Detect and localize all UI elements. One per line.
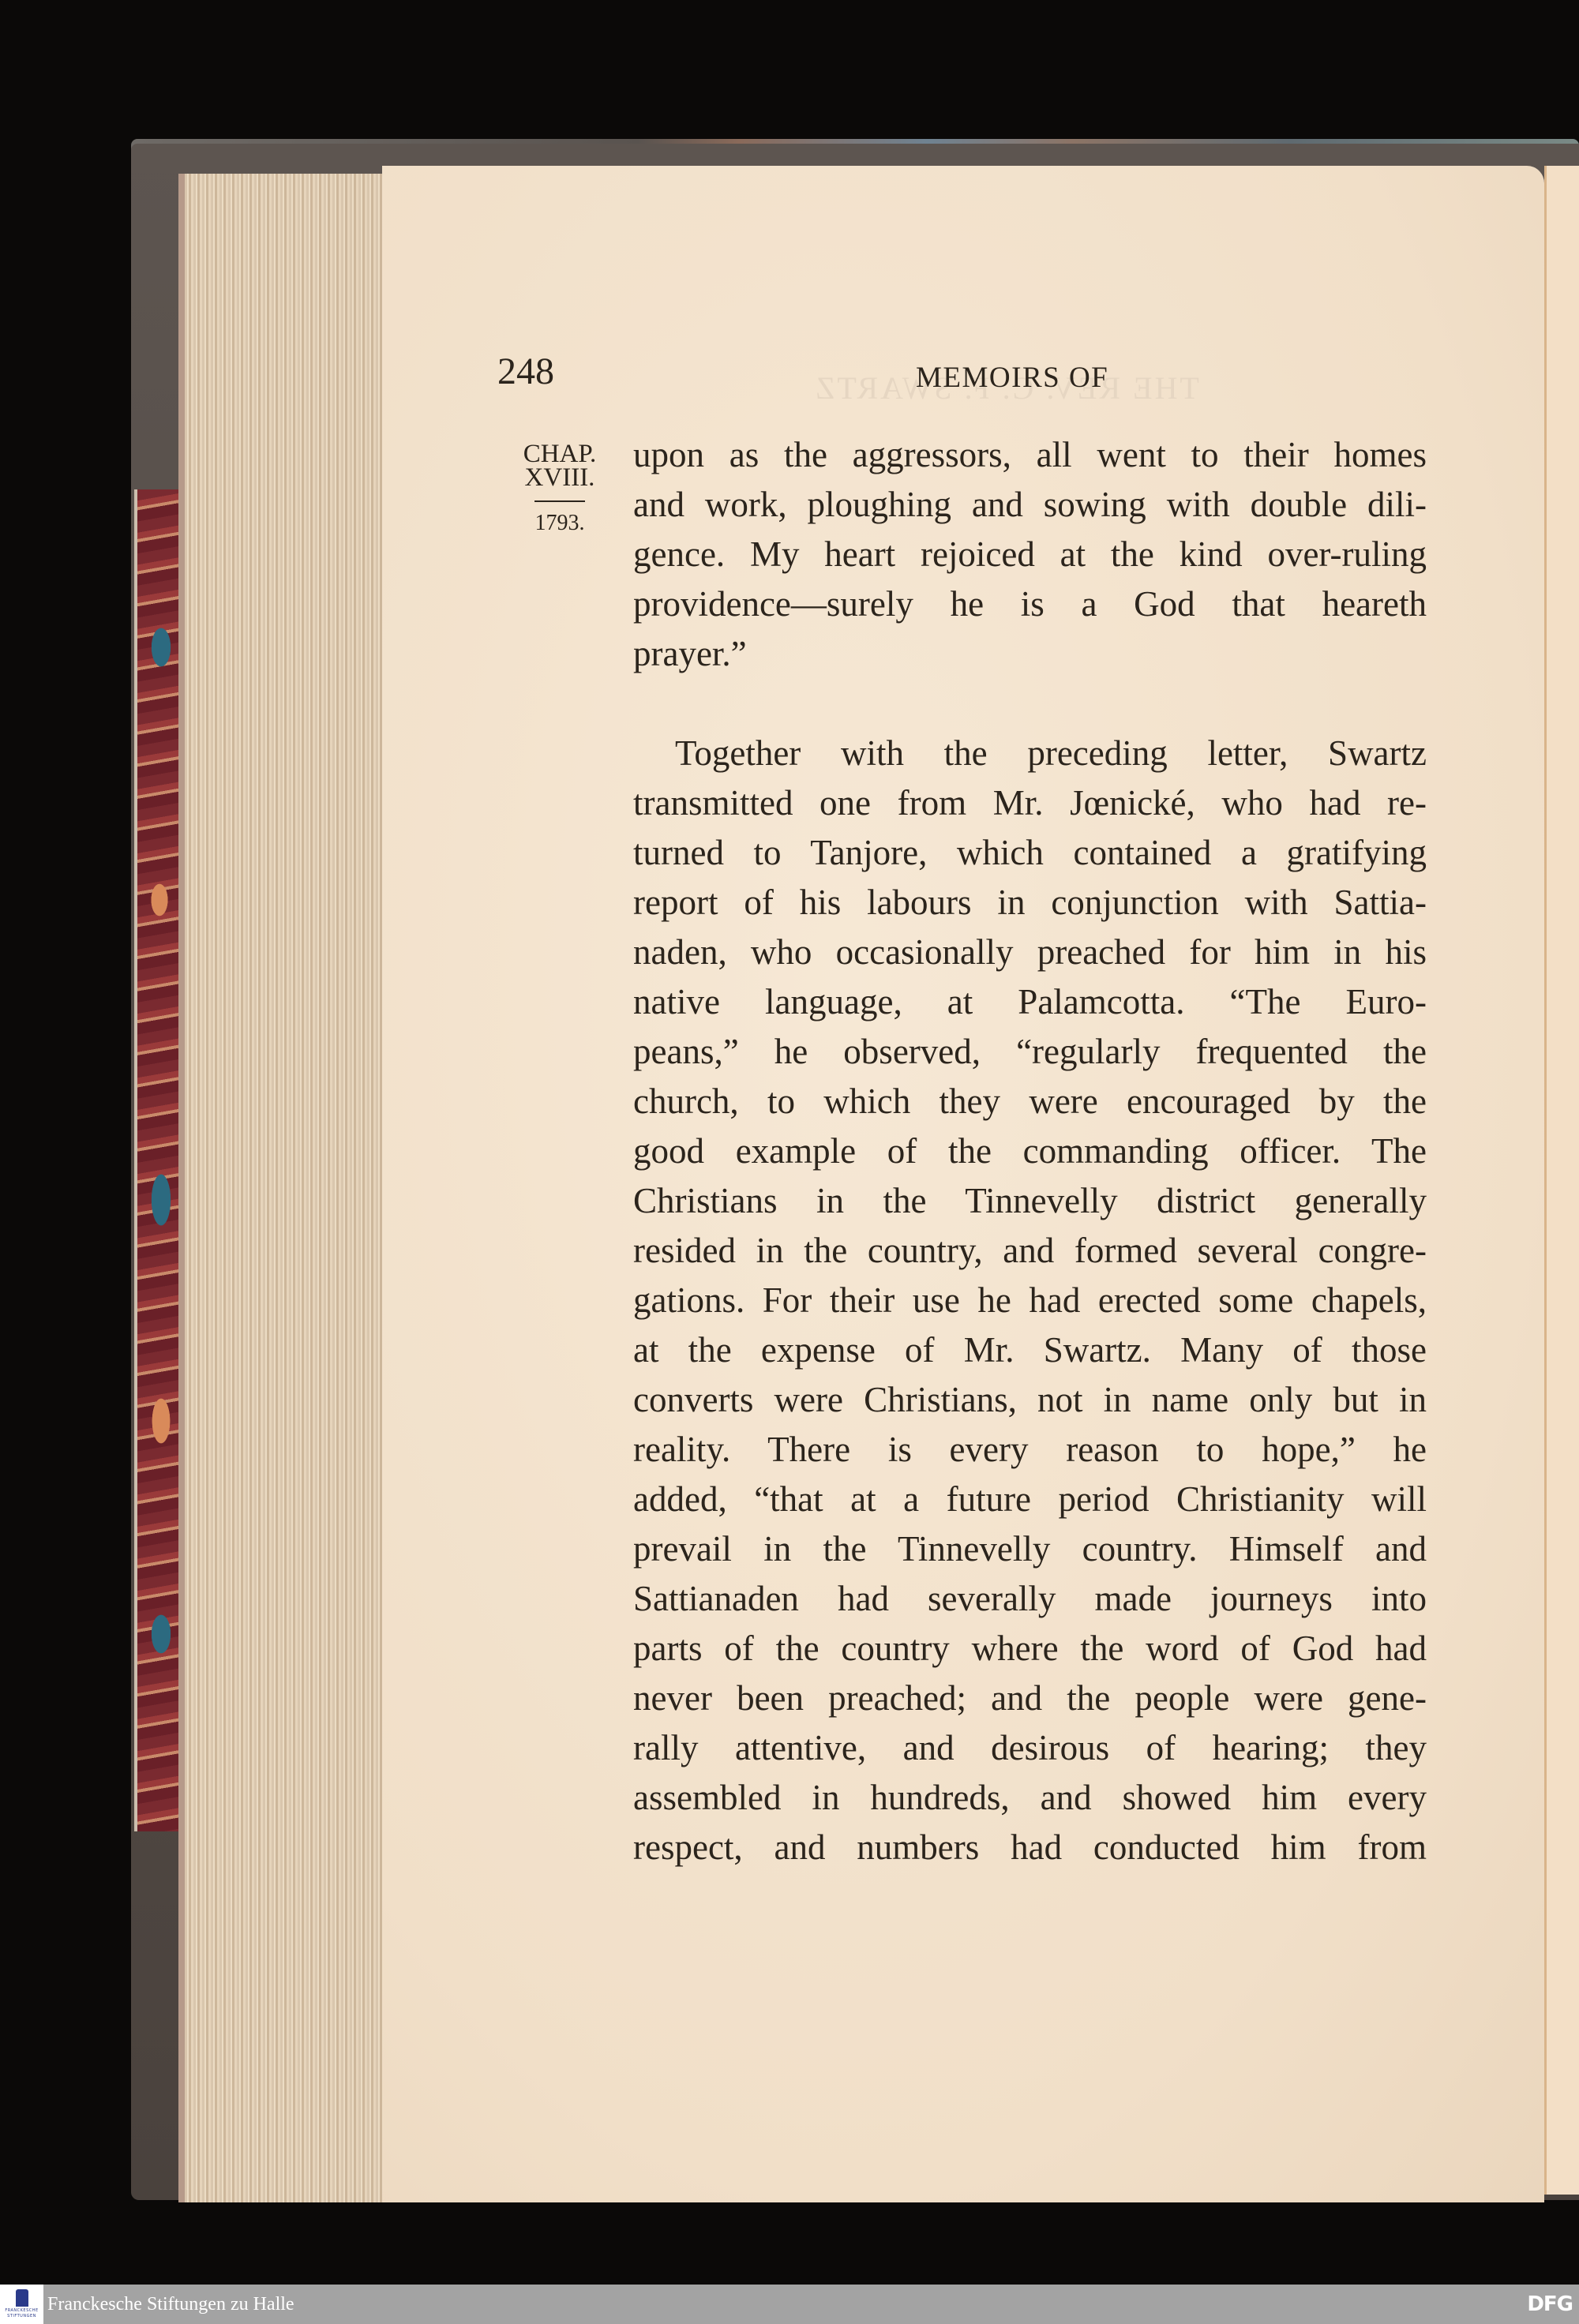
text-line: never been preached; and the people were… [633,1674,1427,1723]
chapter-label: CHAP. [505,442,614,466]
text-line: Together with the preceding letter, Swar… [633,729,1427,778]
text-line: Christians in the Tinnevelly district ge… [633,1176,1427,1226]
text-line: providence—surely he is a God that heare… [633,579,1427,629]
text-line: Sattianaden had severally made journeys … [633,1574,1427,1624]
chapter-number: XVIII. [505,466,614,489]
institution-name[interactable]: Franckesche Stiftungen zu Halle [47,2294,294,2315]
dfg-logo[interactable]: DFG [1527,2292,1573,2316]
text-line: naden, who occasionally preached for him… [633,928,1427,977]
text-line: resided in the country, and formed sever… [633,1226,1427,1276]
logo-figure-icon [16,2289,28,2307]
text-line: peans,” he observed, “regularly frequent… [633,1027,1427,1077]
franckesche-logo[interactable]: FRANCKESCHESTIFTUNGEN [0,2285,43,2324]
text-line: transmitted one from Mr. Jœnické, who ha… [633,778,1427,828]
margin-rule [534,500,585,502]
text-line: church, to which they were encouraged by… [633,1077,1427,1126]
adjacent-page-edge [1544,166,1579,2195]
text-line: rally attentive, and desirous of hearing… [633,1723,1427,1773]
text-line: assembled in hundreds, and showed him ev… [633,1773,1427,1823]
text-line: turned to Tanjore, which contained a gra… [633,828,1427,878]
margin-note: CHAP. XVIII. 1793. [505,442,614,535]
page-stack-edge [178,174,390,2202]
text-line: good example of the commanding officer. … [633,1126,1427,1176]
text-line: parts of the country where the word of G… [633,1624,1427,1674]
text-line: respect, and numbers had conducted him f… [633,1823,1427,1872]
text-line: added, “that at a future period Christia… [633,1475,1427,1524]
text-line: gence. My heart rejoiced at the kind ove… [633,530,1427,579]
text-line: prayer.” [633,629,1427,679]
body-text: upon as the aggressors, all went to thei… [633,430,1427,1872]
running-head: MEMOIRS OF [916,361,1108,395]
marbled-endpaper [134,489,185,1831]
text-line: prevail in the Tinnevelly country. Himse… [633,1524,1427,1574]
text-line: native language, at Palamcotta. “The Eur… [633,977,1427,1027]
text-line: and work, ploughing and sowing with doub… [633,480,1427,530]
paragraph-gap [633,679,1427,729]
text-line: gations. For their use he had erected so… [633,1276,1427,1325]
page-number: 248 [497,350,554,393]
text-line: at the expense of Mr. Swartz. Many of th… [633,1325,1427,1375]
text-line: upon as the aggressors, all went to thei… [633,430,1427,480]
text-line: converts were Christians, not in name on… [633,1375,1427,1425]
text-line: report of his labours in conjunction wit… [633,878,1427,928]
footer-bar: FRANCKESCHESTIFTUNGEN Franckesche Stiftu… [0,2285,1579,2324]
logo-caption: FRANCKESCHESTIFTUNGEN [5,2308,38,2319]
margin-year: 1793. [505,512,614,535]
text-line: reality. There is every reason to hope,”… [633,1425,1427,1475]
